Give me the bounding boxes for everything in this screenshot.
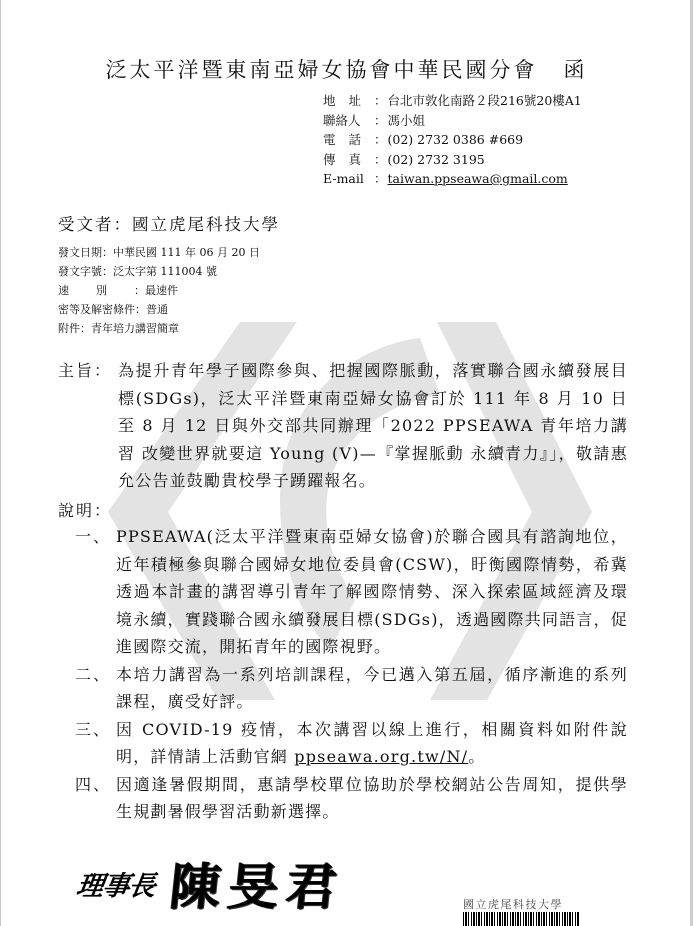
item-text-end: 。: [468, 747, 485, 766]
contact-phone-row: 電話：(02) 2732 0386 #669: [323, 130, 582, 150]
meta-speed-row: 速別：最速件: [58, 281, 260, 300]
fax-label: 傳真: [323, 150, 373, 170]
ref-label: 發文字號: [58, 265, 102, 278]
item-text: 因適逢暑假期間，惠請學校單位協助於學校網站公告周知，提供學生規劃暑假學習活動新選…: [116, 775, 628, 822]
address-label: 地址: [323, 91, 373, 111]
speed-label: 速別: [58, 284, 134, 297]
signatory-title: 理事長: [74, 864, 157, 903]
date-value: 中華民國 111 年 06 月 20 日: [113, 246, 260, 259]
contact-email-row: E-mail：taiwan.ppseawa@gmail.com: [323, 169, 582, 189]
address-value: 台北市敦化南路２段216號20樓A1: [388, 93, 582, 108]
meta-security-row: 密等及解密條件：普通: [58, 300, 260, 319]
recipient-label: 受文者: [58, 215, 114, 234]
document-type: 函: [564, 58, 588, 82]
explanation-list: 一、 PPSEAWA(泛太平洋暨東南亞婦女協會)於聯合國具有諮詢地位，近年積極參…: [75, 523, 628, 826]
phone-value: (02) 2732 0386 #669: [388, 132, 524, 147]
page-border-left: [0, 0, 1, 926]
email-label: E-mail: [323, 169, 373, 189]
attachment-label: 附件: [58, 322, 80, 335]
explanation-item-4: 四、 因適逢暑假期間，惠請學校單位協助於學校網站公告周知，提供學生規劃暑假學習活…: [75, 771, 628, 826]
signatory-name: 陳旻君: [167, 847, 349, 919]
phone-label: 電話: [323, 130, 373, 150]
explanation-item-2: 二、 本培力講習為一系列培訓課程，今已邁入第五屆，循序漸進的系列課程，廣受好評。: [75, 661, 628, 716]
subject-text: 為提升青年學子國際參與、把握國際脈動，落實聯合國永續發展目標(SDGs)，泛太平…: [118, 357, 628, 495]
recipient-value: 國立虎尾科技大學: [132, 215, 280, 234]
item-number: 一、: [75, 523, 111, 551]
security-value: 普通: [146, 303, 168, 316]
ref-value: 泛太字第 111004 號: [113, 265, 217, 278]
contact-fax-row: 傳真：(02) 2732 3195: [323, 150, 582, 170]
website-link[interactable]: ppseawa.org.tw/N/: [294, 747, 468, 766]
meta-date-row: 發文日期：中華民國 111 年 06 月 20 日: [58, 243, 260, 262]
document-meta: 發文日期：中華民國 111 年 06 月 20 日 發文字號：泛太字第 1110…: [58, 243, 260, 338]
item-text: PPSEAWA(泛太平洋暨東南亞婦女協會)於聯合國具有諮詢地位，近年積極參與聯合…: [116, 527, 628, 656]
contact-person-row: 聯絡人：馮小姐: [323, 111, 582, 131]
recipient-line: 受文者：國立虎尾科技大學: [58, 211, 280, 235]
speed-value: 最速件: [145, 284, 178, 297]
security-label: 密等及解密條件: [58, 303, 135, 316]
explanation-item-3: 三、 因 COVID-19 疫情，本次講習以線上進行，相關資料如附件說明，詳情請…: [75, 716, 628, 771]
subject-label: 主旨：: [58, 357, 112, 385]
explanation-label: 說明：: [58, 498, 112, 521]
item-number: 四、: [75, 771, 111, 799]
explanation-item-1: 一、 PPSEAWA(泛太平洋暨東南亞婦女協會)於聯合國具有諮詢地位，近年積極參…: [75, 523, 628, 661]
item-number: 三、: [75, 716, 111, 744]
signature-block: 理事長 陳旻君: [77, 848, 345, 918]
item-number: 二、: [75, 661, 111, 689]
date-label: 發文日期: [58, 246, 102, 259]
fax-value: (02) 2732 3195: [388, 152, 485, 167]
document-header: 泛太平洋暨東南亞婦女協會中華民國分會函: [0, 54, 693, 84]
subject-section: 主旨： 為提升青年學子國際參與、把握國際脈動，落實聯合國永續發展目標(SDGs)…: [58, 357, 628, 495]
contact-block: 地址：台北市敦化南路２段216號20樓A1 聯絡人：馮小姐 電話：(02) 27…: [323, 91, 582, 189]
barcode-icon: [463, 912, 579, 926]
meta-attachment-row: 附件：青年培力講習簡章: [58, 319, 260, 338]
email-link[interactable]: taiwan.ppseawa@gmail.com: [388, 171, 568, 186]
contact-person-label: 聯絡人: [323, 111, 373, 131]
item-text: 本培力講習為一系列培訓課程，今已邁入第五屆，循序漸進的系列課程，廣受好評。: [116, 665, 628, 712]
receipt-stamp: 國立虎尾科技大學: [463, 898, 579, 926]
organization-title: 泛太平洋暨東南亞婦女協會中華民國分會: [106, 58, 538, 82]
contact-address-row: 地址：台北市敦化南路２段216號20樓A1: [323, 91, 582, 111]
receipt-institution: 國立虎尾科技大學: [463, 898, 579, 911]
meta-ref-row: 發文字號：泛太字第 111004 號: [58, 262, 260, 281]
attachment-value: 青年培力講習簡章: [91, 322, 179, 335]
contact-person-value: 馮小姐: [388, 113, 426, 128]
